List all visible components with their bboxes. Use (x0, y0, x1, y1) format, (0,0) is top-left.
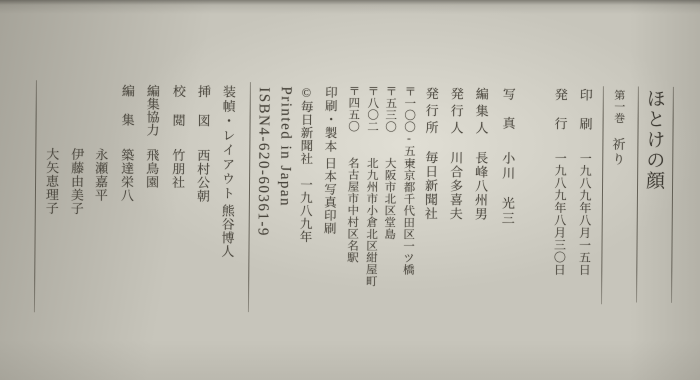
volume-label: 第一巻 (613, 89, 624, 124)
editing-staff-name: 永瀬嘉平 (94, 148, 107, 202)
address-text: 大阪市北区堂島 (383, 157, 395, 240)
printed-in-japan: Printed in Japan (277, 86, 293, 207)
proofreading-label: 校閲 (171, 84, 185, 142)
colophon-content: ほとけの顔 第一巻 祈り 印刷 一九八九年八月一五日 発行 一九八九年八月三〇日… (0, 0, 700, 380)
copyright-line: ©毎日新聞社 一九八九年 (299, 86, 313, 244)
publisher-name: 川合多喜夫 (449, 151, 463, 221)
illustrations-name: 西村公朝 (196, 149, 209, 203)
isbn: ISBN4-620-60361-9 (255, 87, 271, 237)
address-text: 北九州市小倉北区紺屋町 (364, 157, 377, 287)
divider-title-right (671, 87, 674, 303)
printed-label: 印刷 (578, 88, 592, 146)
divider-title-left (636, 87, 639, 303)
editorial-cooperation-name: 飛鳥園 (145, 148, 158, 189)
colophon-page-photo: ほとけの顔 第一巻 祈り 印刷 一九八九年八月一五日 発行 一九八九年八月三〇日… (0, 0, 700, 380)
issued-date: 一九八九年八月三〇日 (553, 152, 566, 276)
volume-title: 祈り (611, 137, 624, 167)
editing-staff-name: 大矢恵理子 (45, 147, 59, 215)
publisher-label: 発行人 (449, 87, 462, 138)
printed-date: 一九八九年八月一五日 (578, 152, 591, 276)
address-text: 名古屋市中村区名駅 (345, 157, 357, 263)
address-column: 〒一〇〇-五一 東京都千代田区一ツ橋 (2, 0, 700, 3)
editor-name: 長峰八州男 (474, 151, 488, 221)
divider-credits-left (34, 80, 37, 312)
proofreading-name: 竹朋社 (171, 148, 184, 189)
illustrations-label: 挿図 (196, 85, 210, 143)
publishing-house-name: 毎日新聞社 (424, 151, 438, 221)
book-title: ほとけの顔 (644, 89, 664, 192)
editor-label: 編集人 (474, 87, 487, 138)
printing-binding-name: 日本写真印刷 (323, 157, 336, 235)
postal-code: 〒八〇二 (366, 85, 378, 132)
printing-binding-label: 印刷・製本 (323, 86, 336, 154)
issued-label: 発行 (553, 88, 567, 146)
design-label: 装幀・レイアウト (221, 85, 235, 201)
address-text: 東京都千代田区一ツ橋 (401, 157, 414, 275)
editorial-cooperation-label: 編集協力 (145, 84, 158, 136)
postal-code: 〒五三〇 (384, 85, 396, 132)
editing-name: 築達栄八 (120, 148, 133, 202)
postal-code: 〒一〇〇-五一 (402, 85, 414, 168)
divider-credits-right (248, 82, 251, 312)
address-column: 〒四五〇 名古屋市中村区名駅 (2, 0, 700, 3)
photography-name: 小川 光三 (501, 151, 515, 226)
design-name: 熊谷博人 (220, 204, 233, 258)
editing-label: 編集 (120, 84, 134, 142)
address-column: 〒五三〇 大阪市北区堂島 (2, 0, 700, 3)
publishing-house-label: 発行所 (424, 87, 437, 138)
postal-code: 〒四五〇 (347, 85, 359, 132)
editing-staff-name: 伊藤由美子 (70, 148, 84, 216)
address-column: 〒八〇二 北九州市小倉北区紺屋町 (2, 0, 700, 3)
photography-label: 写真 (501, 87, 515, 145)
divider-volume-left (601, 86, 604, 304)
